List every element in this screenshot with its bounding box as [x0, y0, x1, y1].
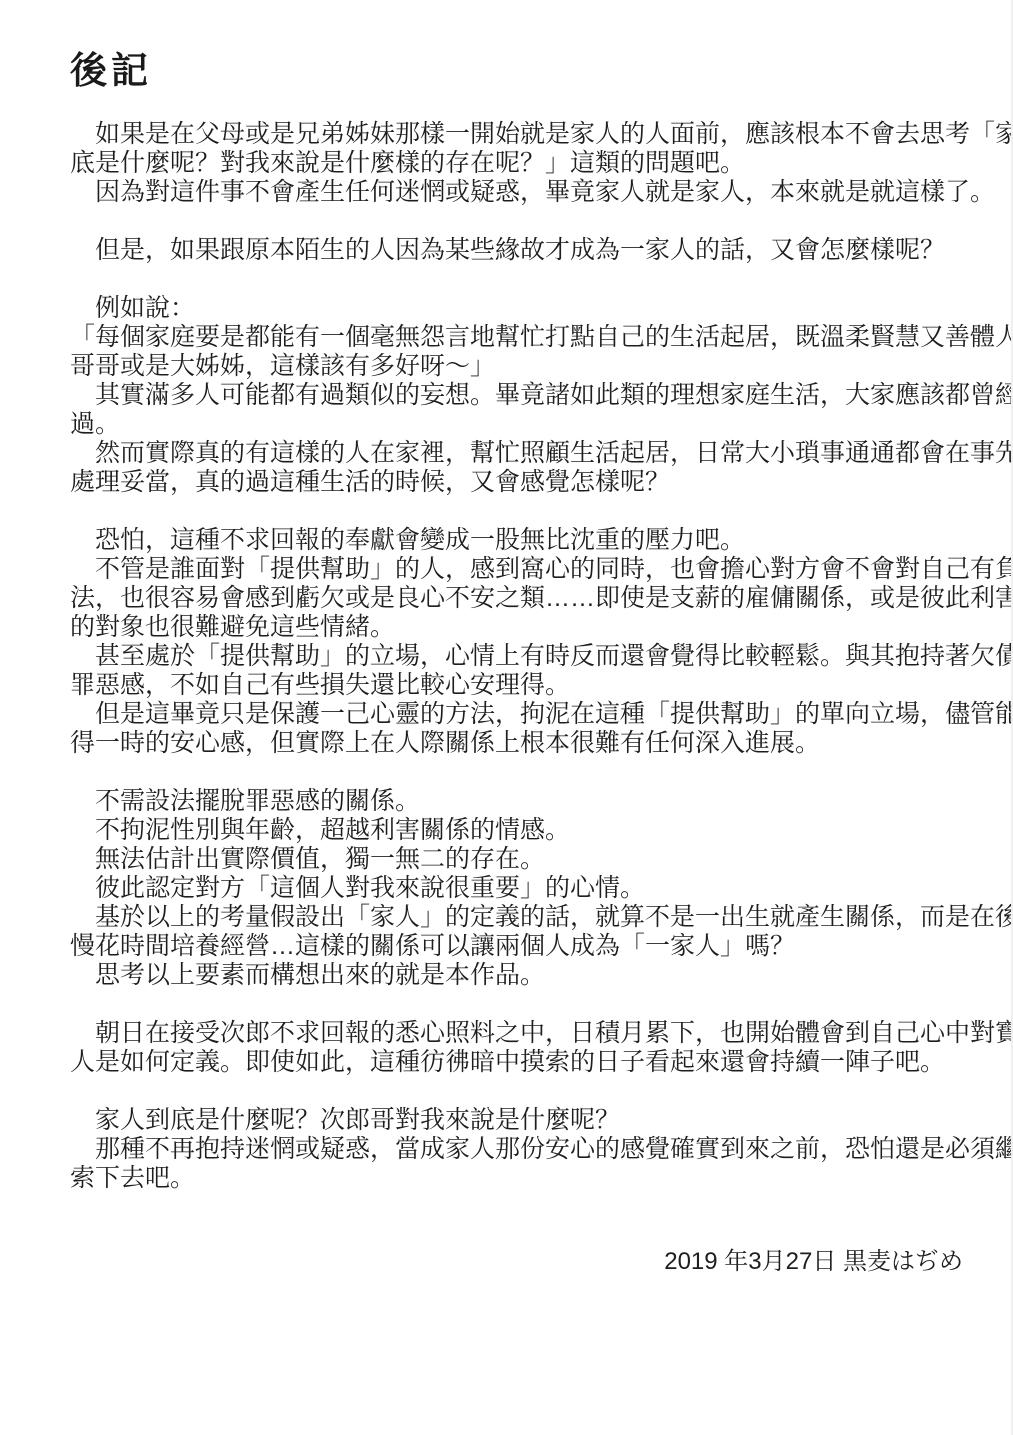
afterword-line: 思考以上要素而構想出來的就是本作品。: [70, 961, 965, 990]
afterword-line: 其實滿多人可能都有過類似的妄想。畢竟諸如此類的理想家庭生活，大家應該都曾經憧憬: [70, 381, 965, 410]
afterword-line: 基於以上的考量假設出「家人」的定義的話，就算不是一出生就產生關係，而是在後天慢: [70, 903, 965, 932]
afterword-line: 家人到底是什麼呢？次郎哥對我來說是什麼呢？: [70, 1106, 965, 1135]
page-title: 後記: [70, 48, 965, 94]
paragraph-break: [70, 497, 965, 526]
paragraph-break: [70, 990, 965, 1019]
afterword-content: 後記 如果是在父母或是兄弟姊妹那樣一開始就是家人的人面前，應該根本不會去思考「家…: [0, 0, 1011, 1276]
afterword-line: 無法估計出實際價值，獨一無二的存在。: [70, 845, 965, 874]
afterword-line: 的對象也很難避免這些情緒。: [70, 613, 965, 642]
afterword-line: 朝日在接受次郎不求回報的悉心照料之中，日積月累下，也開始體會到自己心中對寶貴家: [70, 1019, 965, 1048]
afterword-line: 但是這畢竟只是保護一己心靈的方法，拘泥在這種「提供幫助」的單向立場，儘管能夠獲: [70, 700, 965, 729]
section-break: [70, 1193, 965, 1247]
afterword-line: 甚至處於「提供幫助」的立場，心情上有時反而還會覺得比較輕鬆。與其抱持著欠債般的: [70, 642, 965, 671]
afterword-line: 哥哥或是大姊姊，這樣該有多好呀～」: [70, 352, 965, 381]
paragraph-break: [70, 758, 965, 787]
date-signature: 2019 年3月27日 黒麦はぢめ: [70, 1247, 965, 1276]
afterword-line: 人是如何定義。即使如此，這種彷彿暗中摸索的日子看起來還會持續一陣子吧。: [70, 1048, 965, 1077]
afterword-line: 過。: [70, 410, 965, 439]
afterword-line: 但是，如果跟原本陌生的人因為某些緣故才成為一家人的話，又會怎麼樣呢？: [70, 236, 965, 265]
afterword-line: 那種不再抱持迷惘或疑惑，當成家人那份安心的感覺確實到來之前，恐怕還是必須繼續摸: [70, 1135, 965, 1164]
afterword-line: 恐怕，這種不求回報的奉獻會變成一股無比沈重的壓力吧。: [70, 526, 965, 555]
afterword-line: 因為對這件事不會產生任何迷惘或疑惑，畢竟家人就是家人，本來就是就這樣了。: [70, 178, 965, 207]
afterword-line: 不拘泥性別與年齡，超越利害關係的情感。: [70, 816, 965, 845]
afterword-line: 得一時的安心感，但實際上在人際關係上根本很難有任何深入進展。: [70, 729, 965, 758]
afterword-line: 處理妥當，真的過這種生活的時候，又會感覺怎樣呢？: [70, 468, 965, 497]
afterword-line: 「每個家庭要是都能有一個毫無怨言地幫忙打點自己的生活起居，既溫柔賢慧又善體人意的…: [70, 323, 965, 352]
afterword-line: 例如說：: [70, 294, 965, 323]
afterword-line: 底是什麼呢？對我來說是什麼樣的存在呢？」這類的問題吧。: [70, 149, 965, 178]
paragraph-break: [70, 265, 965, 294]
afterword-line: 罪惡感，不如自己有些損失還比較心安理得。: [70, 671, 965, 700]
afterword-line: 法，也很容易會感到虧欠或是良心不安之類……即使是支薪的雇傭關係，或是彼此利害一致: [70, 584, 965, 613]
afterword-line: 如果是在父母或是兄弟姊妹那樣一開始就是家人的人面前，應該根本不會去思考「家人到: [70, 120, 965, 149]
afterword-line: 不管是誰面對「提供幫助」的人，感到窩心的同時，也會擔心對方會不會對自己有負面想: [70, 555, 965, 584]
paragraph-break: [70, 1077, 965, 1106]
afterword-line: 彼此認定對方「這個人對我來說很重要」的心情。: [70, 874, 965, 903]
afterword-line: 索下去吧。: [70, 1164, 965, 1193]
afterword-page: 後記 如果是在父母或是兄弟姊妹那樣一開始就是家人的人面前，應該根本不會去思考「家…: [0, 0, 1013, 1435]
afterword-line: 不需設法擺脫罪惡感的關係。: [70, 787, 965, 816]
paragraph-break: [70, 207, 965, 236]
afterword-line: 慢花時間培養經營…這樣的關係可以讓兩個人成為「一家人」嗎？: [70, 932, 965, 961]
afterword-line: 然而實際真的有這樣的人在家裡，幫忙照顧生活起居，日常大小瑣事通通都會在事先打點: [70, 439, 965, 468]
